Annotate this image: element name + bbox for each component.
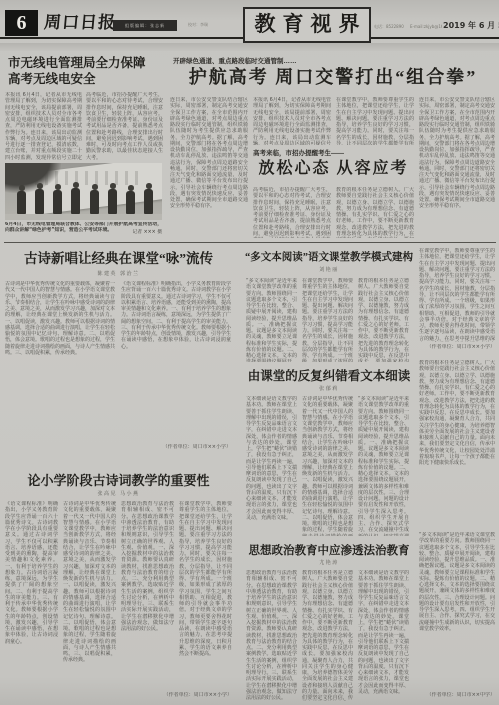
radio-article-column-1: 本报讯 6月4日，记者从市无线电管理局了解到，为切实保障高考期间无线电安全，该局… [5,92,82,160]
section-divider-rule [4,242,496,243]
right-rail-column-1: 在课堂教学中，教师要尊重学生的主体地位，把课堂还给学生，让学生在自主学习中发现问… [419,248,495,342]
multitext-article-column-1: “多文本阅读”是近年来语文课堂教学改革的重要方向。教师围绕同一议题选取多个文本，… [246,278,297,362]
newspaper-name: 周口日报 [43,13,117,33]
page-number: 6 [5,10,38,36]
photo-figure [17,191,26,214]
poems-article-attribution: （作者单位：周口市××小学） [121,444,231,450]
importance-article-column-2: 古诗词是中华优秀传统文化的重要载体，凝聚着一代又一代中国人的智慧与情感。在小学语… [63,501,116,701]
masthead-small-text: 校对：李瑞 [188,22,234,27]
news-photo [5,163,162,220]
correct-article-column-3: “多文本阅读”是近年来语文课堂教学改革的重要方向。教师围绕同一议题选取多个文本，… [358,396,409,536]
right-rail-column-2: 教育的根本任务是立德树人。广大教师要自觉践行社会主义核心价值观，以德立身、以德立… [419,360,495,526]
police-article-column-4: 连日来，市公安交警支队结合辖区实际，周密部署，制定高考交通安全保卫工作方案，在全… [419,97,495,238]
police-article-headline: 护航高考 周口交警打出“组合拳” [172,64,494,90]
multitext-article-byline: 刘艳丽 [244,266,414,273]
section-title: 教育视界 [243,7,371,43]
photo-figure [90,190,99,214]
issue-date: 2019 年 6 月 5 日 [443,20,499,31]
relax-article-headline: 放松心态 从容应考 [253,157,414,181]
radio-article-column-2: 高考临近，市招办提醒广大考生，要以平和的心态对待考试，合理安排作息时间，保持充足… [86,92,163,160]
photo-figure [126,191,135,214]
right-rail-column-3: “多文本阅读”是近年来语文课堂教学改革的重要方向。教师围绕同一议题选取多个文本，… [419,532,495,688]
photo-figure [108,189,117,214]
correct-article-column-1: 文本细读是语文教学的基本功。教师在课堂上要善于抓住学生朗读、理解中出现的错误，引… [246,396,297,536]
political-article-byline: 尤艳涛 [244,559,414,566]
poems-article-column-1: 古诗词是中华优秀传统文化的重要载体，凝聚着一代又一代中国人的智慧与情感。在小学语… [5,281,115,457]
importance-article-column-4: 在课堂教学中，教师要尊重学生的主体地位，把课堂还给学生，让学生在自主学习中发现问… [179,501,232,687]
right-rail-attribution-1: （作者单位：周口市××小学） [419,344,495,350]
photo-credit: 记者 ××× 摄 [116,228,162,235]
political-article-column-2: 教育的根本任务是立德树人。广大教师要自觉践行社会主义核心价值观，以德立身、以德立… [302,570,353,701]
correct-article-column-2: 古诗词是中华优秀传统文化的重要载体，凝聚着一代又一代中国人的智慧与情感。在小学语… [302,396,353,536]
scan-shadow-band [0,43,499,51]
relax-article-column-2: 教育的根本任务是立德树人。广大教师要自觉践行社会主义核心价值观，以德立身、以德立… [336,187,414,238]
photo-ground [5,214,162,220]
importance-article-column-1: 《语文课程标准》明确指出，小学义务教育阶段学生应背诵一百六十篇优秀诗文。古诗词教… [5,501,58,701]
importance-article-attribution: （作者单位：周口市××小学） [121,692,232,698]
multitext-article-headline: “多文本阅读”语文课堂教学模式建构 [244,250,414,265]
poems-article-byline: 陈建英 郭治兰 [5,270,232,277]
police-article-column-2: 本报讯 6月4日，记者从市无线电管理局了解到，为切实保障高考期间无线电安全，该局… [253,97,331,145]
radio-article-title-line2: 高考无线电安全 [8,72,165,87]
poems-article-column-2: 《语文课程标准》明确指出，小学义务教育阶段学生应背诵一百六十篇优秀诗文。古诗词教… [121,281,231,439]
radio-article-title-line1: 市无线电管理局全力保障 [8,56,165,71]
photo-figure [53,190,62,214]
importance-article-column-3: 思想政治教育与法治教育相辅相成、密不可分。在思想政治课教学中渗透法治教育，有助于… [121,501,174,701]
political-article-column-3: 文本细读是语文教学的基本功。教师在课堂上要善于抓住学生朗读、理解中出现的错误，引… [358,570,409,701]
photo-figure [71,188,80,214]
photo-figure [35,189,44,214]
relax-article-kicker: 高考来临，市招办提醒考生—— [253,148,414,157]
political-article-headline: 思想政治教育中应渗透法治教育 [244,543,414,559]
multitext-article-column-2: 在课堂教学中，教师要尊重学生的主体地位，把课堂还给学生，让学生在自主学习中发现问… [302,278,353,362]
police-article-column-1: 连日来，市公安交警支队结合辖区实际，周密部署，制定高考交通安全保卫工作方案，在全… [170,97,248,238]
masthead-editor-bar: 组版编辑：张志新 [113,20,177,31]
multitext-article-column-3: 教育的根本任务是立德树人。广大教师要自觉践行社会主义核心价值观，以德立身、以德立… [358,278,409,362]
correct-article-headline: 由课堂的反复纠错看文本细读 [244,368,414,385]
relax-article-column-1: 高考临近，市招办提醒广大考生，要以平和的心态对待考试，合理安排作息时间，保持充足… [253,187,331,238]
political-article-column-1: 思想政治教育与法治教育相辅相成、密不可分。在思想政治课教学中渗透法治教育，有助于… [246,570,297,701]
masthead-email: E-mail:zkjyb@163.com [410,24,442,29]
right-rail-attribution-2: （作者单位：周口市××中学） [419,692,495,698]
photo-figure [144,189,153,214]
importance-article-byline: 张高见 马小燕 [5,490,232,497]
poems-article-headline: 古诗新唱让经典在课堂“咏”流传 [5,250,232,268]
police-article-column-3: 在课堂教学中，教师要尊重学生的主体地位，把课堂还给学生，让学生在自主学习中发现问… [336,97,414,145]
correct-article-byline: 张郁莉 [244,385,414,392]
importance-article-headline: 论小学阶段古诗词教学的重要性 [5,472,232,489]
photo-foliage [5,163,61,193]
